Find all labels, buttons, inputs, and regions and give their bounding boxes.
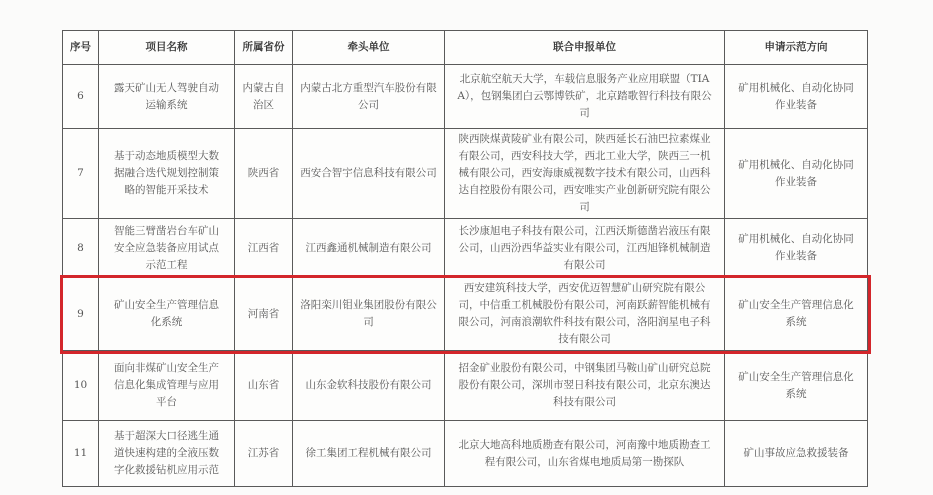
header-province: 所属省份 xyxy=(235,31,293,65)
cell-joint-units: 北京航空航天大学，车载信息服务产业应用联盟（TIAA），包钢集团白云鄂博铁矿，北… xyxy=(445,65,725,129)
cell-joint-units: 西安建筑科技大学，西安优迈智慧矿山研究院有限公司，中信重工机械股份有限公司，河南… xyxy=(445,278,725,351)
cell-direction: 矿用机械化、自动化协同作业装备 xyxy=(725,65,868,129)
cell-project-name: 面向非煤矿山安全生产信息化集成管理与应用平台 xyxy=(99,351,235,421)
cell-lead-unit: 洛阳栾川钼业集团股份有限公司 xyxy=(293,278,445,351)
cell-province: 陕西省 xyxy=(235,129,293,219)
cell-seq: 11 xyxy=(63,421,99,487)
cell-lead-unit: 山东金软科技股份有限公司 xyxy=(293,351,445,421)
table-row: 8 智能三臂凿岩台车矿山安全应急装备应用试点示范工程 江西省 江西鑫通机械制造有… xyxy=(63,219,868,278)
cell-project-name: 智能三臂凿岩台车矿山安全应急装备应用试点示范工程 xyxy=(99,219,235,278)
cell-seq: 9 xyxy=(63,278,99,351)
cell-lead-unit: 西安合智宇信息科技有限公司 xyxy=(293,129,445,219)
cell-province: 河南省 xyxy=(235,278,293,351)
cell-project-name: 基于动态地质模型大数据融合迭代规划控制策略的智能开采技术 xyxy=(99,129,235,219)
cell-province: 江西省 xyxy=(235,219,293,278)
table-row: 6 露天矿山无人驾驶自动运输系统 内蒙古自治区 内蒙古北方重型汽车股份有限公司 … xyxy=(63,65,868,129)
cell-seq: 7 xyxy=(63,129,99,219)
cell-lead-unit: 江西鑫通机械制造有限公司 xyxy=(293,219,445,278)
header-lead-unit: 牵头单位 xyxy=(293,31,445,65)
cell-direction: 矿山安全生产管理信息化系统 xyxy=(725,278,868,351)
cell-joint-units: 北京大地高科地质勘查有限公司，河南豫中地质勘查工程有限公司，山东省煤电地质局第一… xyxy=(445,421,725,487)
cell-seq: 8 xyxy=(63,219,99,278)
cell-joint-units: 招金矿业股份有限公司，中钢集团马鞍山矿山研究总院股份有限公司，深圳市翌日科技有限… xyxy=(445,351,725,421)
header-direction: 申请示范方向 xyxy=(725,31,868,65)
cell-project-name: 矿山安全生产管理信息化系统 xyxy=(99,278,235,351)
table-row: 10 面向非煤矿山安全生产信息化集成管理与应用平台 山东省 山东金软科技股份有限… xyxy=(63,351,868,421)
table-row: 7 基于动态地质模型大数据融合迭代规划控制策略的智能开采技术 陕西省 西安合智宇… xyxy=(63,129,868,219)
cell-province: 内蒙古自治区 xyxy=(235,65,293,129)
cell-direction: 矿山安全生产管理信息化系统 xyxy=(725,351,868,421)
cell-seq: 10 xyxy=(63,351,99,421)
table-row: 11 基于超深大口径逃生通道快速构建的全液压数字化救援钻机应用示范 江苏省 徐工… xyxy=(63,421,868,487)
cell-joint-units: 陕西陕煤黄陵矿业有限公司，陕西延长石油巴拉素煤业有限公司，西安科技大学，西北工业… xyxy=(445,129,725,219)
cell-lead-unit: 徐工集团工程机械有限公司 xyxy=(293,421,445,487)
table-header-row: 序号 项目名称 所属省份 牵头单位 联合申报单位 申请示范方向 xyxy=(63,31,868,65)
header-joint-units: 联合申报单位 xyxy=(445,31,725,65)
header-seq: 序号 xyxy=(63,31,99,65)
cell-direction: 矿用机械化、自动化协同作业装备 xyxy=(725,219,868,278)
cell-direction: 矿山事故应急救援装备 xyxy=(725,421,868,487)
table-row-highlighted: 9 矿山安全生产管理信息化系统 河南省 洛阳栾川钼业集团股份有限公司 西安建筑科… xyxy=(63,278,868,351)
project-list-table: 序号 项目名称 所属省份 牵头单位 联合申报单位 申请示范方向 6 露天矿山无人… xyxy=(62,30,868,487)
header-project-name: 项目名称 xyxy=(99,31,235,65)
cell-province: 山东省 xyxy=(235,351,293,421)
cell-joint-units: 长沙康旭电子科技有限公司，江西沃斯德凿岩液压有限公司，山西汾西华益实业有限公司，… xyxy=(445,219,725,278)
cell-seq: 6 xyxy=(63,65,99,129)
cell-province: 江苏省 xyxy=(235,421,293,487)
cell-direction: 矿用机械化、自动化协同作业装备 xyxy=(725,129,868,219)
cell-project-name: 基于超深大口径逃生通道快速构建的全液压数字化救援钻机应用示范 xyxy=(99,421,235,487)
cell-lead-unit: 内蒙古北方重型汽车股份有限公司 xyxy=(293,65,445,129)
cell-project-name: 露天矿山无人驾驶自动运输系统 xyxy=(99,65,235,129)
